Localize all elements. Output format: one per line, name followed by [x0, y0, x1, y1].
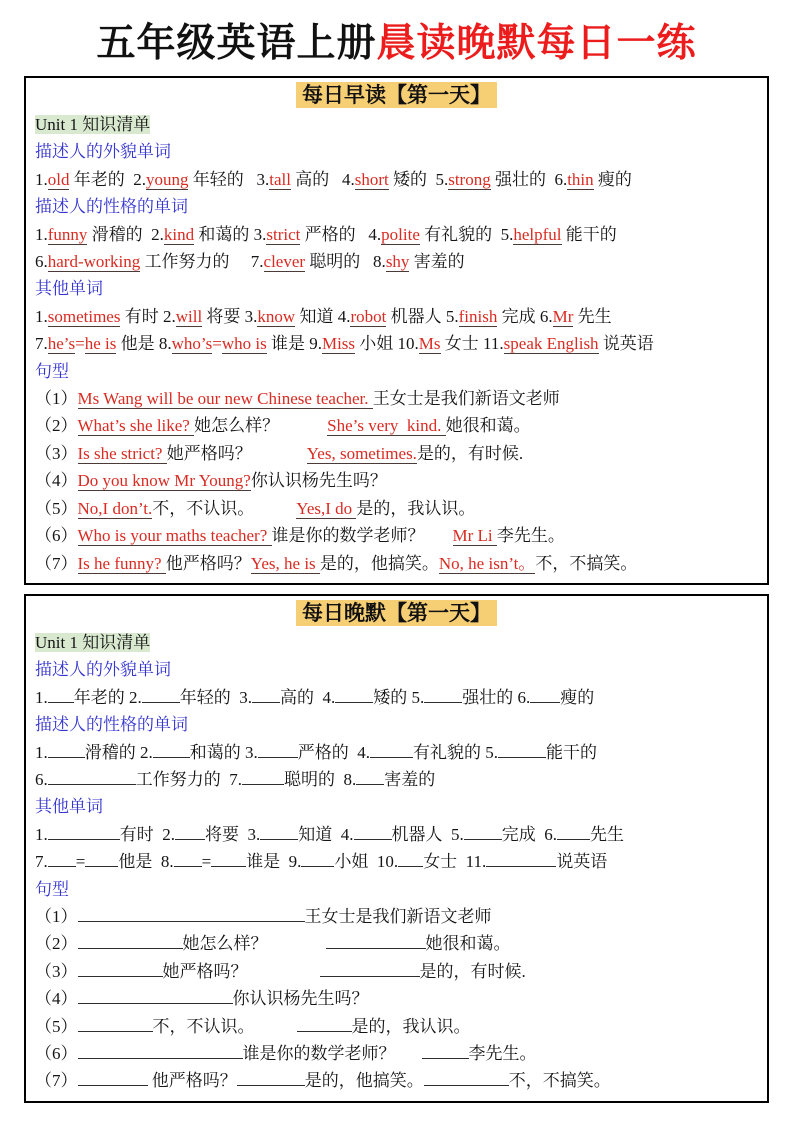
- text-segment: 她很和蔼。: [426, 934, 511, 953]
- answer-blank: [297, 1016, 352, 1032]
- answer-blank: [498, 742, 546, 758]
- text-segment: Is she strict?: [78, 444, 167, 464]
- text-segment: 先生: [590, 825, 624, 844]
- content-line: 1.old 年老的 2.young 年轻的 3.tall 高的 4.short …: [35, 166, 758, 193]
- text-segment: know: [257, 307, 295, 327]
- text-segment: 年老的 2.: [74, 688, 142, 707]
- answer-blank: [326, 933, 426, 949]
- content-line: Unit 1 知识清单: [35, 111, 758, 138]
- content-line: 1.sometimes 有时 2.will 将要 3.know 知道 4.rob…: [35, 303, 758, 330]
- content-line: Unit 1 知识清单: [35, 629, 758, 656]
- spacer: [254, 513, 296, 514]
- text-segment: Yes, sometimes.: [307, 444, 417, 464]
- text-segment: 完成 6.: [497, 307, 552, 326]
- answer-blank: [211, 851, 246, 867]
- answer-blank: [85, 851, 118, 867]
- text-segment: 其他单词: [35, 797, 103, 816]
- content-line: 1.滑稽的 2.和蔼的 3.严格的 4.有礼貌的 5.能干的: [35, 739, 758, 766]
- text-segment: 女士 11.: [441, 334, 504, 353]
- text-segment: thin: [567, 170, 593, 190]
- answer-blank: [48, 824, 120, 840]
- content-line: 描述人的外貌单词: [35, 656, 758, 683]
- text-segment: 句型: [35, 362, 69, 381]
- morning-reading-box: 每日早读【第一天】 Unit 1 知识清单描述人的外貌单词1.old 年老的 2…: [24, 76, 769, 585]
- text-segment: 完成 6.: [502, 825, 557, 844]
- answer-blank: [142, 687, 180, 703]
- text-segment: 有时 2.: [120, 825, 175, 844]
- text-segment: 她很和蔼。: [446, 416, 531, 435]
- morning-box-header-text: 每日早读【第一天】: [296, 82, 497, 108]
- spacer: [252, 458, 307, 459]
- text-segment: Ms Wang will be our new Chinese teacher.: [78, 389, 373, 409]
- content-line: 描述人的外貌单词: [35, 138, 758, 165]
- text-segment: Yes,I do: [296, 499, 356, 519]
- text-segment: 机器人 5.: [392, 825, 464, 844]
- text-segment: Ms: [419, 334, 441, 354]
- text-segment: No,I don’t.: [78, 499, 153, 519]
- text-segment: 矮的 5.: [373, 688, 424, 707]
- answer-blank: [78, 906, 305, 922]
- text-segment: short: [355, 170, 389, 190]
- answer-blank: [153, 742, 190, 758]
- text-segment: 描述人的性格的单词: [35, 197, 188, 216]
- text-segment: Mr Li: [453, 526, 497, 546]
- text-segment: 她严格吗？: [163, 962, 248, 981]
- text-segment: young: [146, 170, 189, 190]
- content-line: 句型: [35, 876, 758, 903]
- text-segment: 滑稽的 2.: [87, 225, 164, 244]
- content-line: （6）Who is your maths teacher? 谁是你的数学老师？M…: [35, 522, 758, 549]
- page-title: 五年级英语上册晨读晚默每日一练: [0, 12, 793, 68]
- text-segment: 1.: [35, 688, 48, 707]
- text-segment: 是的，有时候.: [417, 444, 523, 463]
- text-segment: 女士 11.: [423, 852, 486, 871]
- text-segment: 7.: [35, 334, 48, 353]
- content-line: （6）谁是你的数学老师？李先生。: [35, 1040, 758, 1067]
- text-segment: 说英语: [556, 852, 607, 871]
- text-segment: 是的，我认识。: [356, 499, 475, 518]
- text-segment: 工作努力的 7.: [140, 252, 263, 271]
- answer-blank: [486, 851, 556, 867]
- text-segment: 王女士是我们新语文老师: [305, 907, 492, 926]
- text-segment: shy: [386, 252, 410, 272]
- content-line: 其他单词: [35, 275, 758, 302]
- text-segment: 瘦的: [594, 170, 632, 189]
- answer-blank: [78, 1070, 148, 1086]
- text-segment: 描述人的性格的单词: [35, 715, 188, 734]
- text-segment: 1.: [35, 225, 48, 244]
- text-segment: 不，不搞笑。: [535, 554, 637, 573]
- text-segment: 7.: [35, 852, 48, 871]
- text-segment: 害羞的: [384, 770, 435, 789]
- text-segment: funny: [48, 225, 88, 245]
- text-segment: 能干的: [562, 225, 617, 244]
- text-segment: （3）: [35, 444, 78, 463]
- text-segment: （4）: [35, 989, 78, 1008]
- text-segment: 你认识杨先生吗？: [233, 989, 369, 1008]
- answer-blank: [78, 1043, 243, 1059]
- content-line: 其他单词: [35, 793, 758, 820]
- spacer: [396, 1058, 422, 1059]
- text-segment: 聪明的 8.: [284, 770, 356, 789]
- answer-blank: [301, 851, 334, 867]
- text-segment: 年轻的 3.: [188, 170, 269, 189]
- text-segment: 不，不认识。: [152, 499, 254, 518]
- text-segment: （1）: [35, 907, 78, 926]
- answer-blank: [48, 742, 85, 758]
- answer-blank: [424, 1070, 509, 1086]
- text-segment: 是的，我认识。: [352, 1017, 471, 1036]
- morning-content-lines: Unit 1 知识清单描述人的外貌单词1.old 年老的 2.young 年轻的…: [35, 111, 758, 577]
- text-segment: old: [48, 170, 70, 190]
- text-segment: （6）: [35, 1044, 78, 1063]
- text-segment: 是的，他搞笑。: [320, 554, 439, 573]
- text-segment: （5）: [35, 1017, 78, 1036]
- text-segment: 谁是你的数学老师？: [243, 1044, 396, 1063]
- text-segment: helpful: [513, 225, 561, 245]
- text-segment: he is: [85, 334, 117, 354]
- text-segment: 谁是 9.: [246, 852, 301, 871]
- text-segment: 他严格吗？: [166, 554, 251, 573]
- text-segment: 她怎么样？: [183, 934, 268, 953]
- answer-blank: [175, 824, 205, 840]
- text-segment: （1）: [35, 389, 78, 408]
- text-segment: （3）: [35, 962, 78, 981]
- text-segment: 1.: [35, 307, 48, 326]
- text-segment: 有礼貌的 5.: [413, 743, 498, 762]
- content-line: 7.he’s=he is 他是 8.who’s=who is 谁是 9.Miss…: [35, 330, 758, 357]
- text-segment: speak English: [504, 334, 599, 354]
- text-segment: 和蔼的 3.: [194, 225, 266, 244]
- text-segment: =: [76, 852, 86, 871]
- text-segment: 矮的 5.: [389, 170, 449, 189]
- content-line: （1）Ms Wang will be our new Chinese teach…: [35, 385, 758, 412]
- content-line: （7）Is he funny? 他严格吗？Yes, he is 是的，他搞笑。N…: [35, 550, 758, 577]
- text-segment: =: [212, 334, 222, 353]
- page-title-black: 五年级英语上册: [96, 22, 376, 65]
- text-segment: 6.: [35, 770, 48, 789]
- text-segment: who’s: [172, 334, 213, 354]
- text-segment: 你认识杨先生吗？: [251, 471, 387, 490]
- text-segment: 谁是 9.: [267, 334, 322, 353]
- text-segment: 是的，他搞笑。: [305, 1071, 424, 1090]
- answer-blank: [48, 851, 76, 867]
- text-segment: 谁是你的数学老师？: [272, 526, 425, 545]
- text-segment: 知道 4.: [298, 825, 353, 844]
- text-segment: 严格的 4.: [300, 225, 381, 244]
- text-segment: 工作努力的 7.: [136, 770, 242, 789]
- text-segment: 说英语: [599, 334, 654, 353]
- spacer: [279, 430, 327, 431]
- text-segment: 先生: [573, 307, 611, 326]
- text-segment: robot: [350, 307, 386, 327]
- answer-blank: [424, 687, 462, 703]
- text-segment: clever: [264, 252, 306, 272]
- text-segment: 将要 3.: [205, 825, 260, 844]
- text-segment: 不，不搞笑。: [509, 1071, 611, 1090]
- text-segment: 机器人 5.: [386, 307, 458, 326]
- content-line: 1.有时 2.将要 3.知道 4.机器人 5.完成 6.先生: [35, 821, 758, 848]
- answer-blank: [237, 1070, 305, 1086]
- content-line: 1.funny 滑稽的 2.kind 和蔼的 3.strict 严格的 4.po…: [35, 221, 758, 248]
- text-segment: 李先生。: [497, 526, 565, 545]
- text-segment: 不，不认识。: [153, 1017, 255, 1036]
- text-segment: （2）: [35, 934, 78, 953]
- text-segment: 1.: [35, 743, 48, 762]
- text-segment: 小姐 10.: [334, 852, 398, 871]
- text-segment: （2）: [35, 416, 78, 435]
- content-line: 6.工作努力的 7.聪明的 8.害羞的: [35, 766, 758, 793]
- spacer: [268, 948, 326, 949]
- text-segment: =: [202, 852, 212, 871]
- text-segment: 有时 2.: [120, 307, 175, 326]
- answer-blank: [242, 769, 284, 785]
- text-segment: 能干的: [546, 743, 597, 762]
- answer-blank: [78, 933, 183, 949]
- content-line: （1）王女士是我们新语文老师: [35, 903, 758, 930]
- answer-blank: [422, 1043, 469, 1059]
- text-segment: will: [176, 307, 202, 327]
- text-segment: Who is your maths teacher?: [78, 526, 272, 546]
- text-segment: 聪明的 8.: [305, 252, 386, 271]
- answer-blank: [356, 769, 384, 785]
- content-line: （4）Do you know Mr Young?你认识杨先生吗？: [35, 467, 758, 494]
- answer-blank: [320, 961, 420, 977]
- text-segment: （6）: [35, 526, 78, 545]
- spacer: [255, 1031, 297, 1032]
- text-segment: sometimes: [48, 307, 121, 327]
- answer-blank: [335, 687, 373, 703]
- text-segment: 高的 4.: [291, 170, 355, 189]
- text-segment: 严格的 4.: [298, 743, 370, 762]
- text-segment: 1.: [35, 825, 48, 844]
- text-segment: 王女士是我们新语文老师: [373, 389, 560, 408]
- answer-blank: [48, 687, 74, 703]
- text-segment: Is he funny?: [78, 554, 166, 574]
- content-line: （3）她严格吗？是的，有时候.: [35, 958, 758, 985]
- morning-box-header: 每日早读【第一天】: [35, 81, 758, 110]
- evening-box-header-text: 每日晚默【第一天】: [296, 600, 497, 626]
- text-segment: hard-working: [48, 252, 141, 272]
- text-segment: She’s very kind.: [327, 416, 446, 436]
- content-line: （4）你认识杨先生吗？: [35, 985, 758, 1012]
- text-segment: 强壮的 6.: [462, 688, 530, 707]
- text-segment: he’s: [48, 334, 75, 354]
- answer-blank: [464, 824, 502, 840]
- text-segment: （4）: [35, 471, 78, 490]
- text-segment: 年轻的 3.: [180, 688, 252, 707]
- text-segment: Yes, he is: [251, 554, 320, 574]
- text-segment: 其他单词: [35, 279, 103, 298]
- text-segment: 他严格吗？: [148, 1071, 237, 1090]
- answer-blank: [260, 824, 298, 840]
- text-segment: who is: [222, 334, 267, 354]
- text-segment: polite: [381, 225, 420, 245]
- text-segment: 句型: [35, 880, 69, 899]
- content-line: 描述人的性格的单词: [35, 193, 758, 220]
- evening-box-header: 每日晚默【第一天】: [35, 599, 758, 628]
- text-segment: 她严格吗？: [167, 444, 252, 463]
- answer-blank: [398, 851, 423, 867]
- text-segment: 害羞的: [409, 252, 464, 271]
- content-line: （3）Is she strict? 她严格吗？Yes, sometimes.是的…: [35, 440, 758, 467]
- answer-blank: [174, 851, 202, 867]
- spacer: [425, 540, 453, 541]
- answer-blank: [530, 687, 560, 703]
- text-segment: kind: [164, 225, 194, 245]
- text-segment: 小姐 10.: [355, 334, 419, 353]
- spacer: [248, 976, 320, 977]
- text-segment: 他是 8.: [118, 852, 173, 871]
- text-segment: finish: [459, 307, 498, 327]
- text-segment: 描述人的外貌单词: [35, 660, 171, 679]
- text-segment: （7）: [35, 1071, 78, 1090]
- text-segment: Unit 1 知识清单: [35, 115, 150, 134]
- content-line: 7.=他是 8.=谁是 9.小姐 10.女士 11.说英语: [35, 848, 758, 875]
- text-segment: 强壮的 6.: [491, 170, 568, 189]
- text-segment: strong: [448, 170, 491, 190]
- content-line: 句型: [35, 358, 758, 385]
- text-segment: 滑稽的 2.: [85, 743, 153, 762]
- content-line: 描述人的性格的单词: [35, 711, 758, 738]
- text-segment: 她怎么样？: [194, 416, 279, 435]
- answer-blank: [78, 988, 233, 1004]
- text-segment: 和蔼的 3.: [190, 743, 258, 762]
- text-segment: 年老的 2.: [69, 170, 146, 189]
- text-segment: 知道 4.: [295, 307, 350, 326]
- content-line: （2）What’s she like? 她怎么样？She’s very kind…: [35, 412, 758, 439]
- answer-blank: [258, 742, 298, 758]
- text-segment: 有礼貌的 5.: [420, 225, 514, 244]
- content-line: 1.年老的 2.年轻的 3.高的 4.矮的 5.强壮的 6.瘦的: [35, 684, 758, 711]
- content-line: 6.hard-working 工作努力的 7.clever 聪明的 8.shy …: [35, 248, 758, 275]
- text-segment: （5）: [35, 499, 78, 518]
- text-segment: 1.: [35, 170, 48, 189]
- answer-blank: [370, 742, 413, 758]
- content-line: （5）No,I don’t.不，不认识。Yes,I do 是的，我认识。: [35, 495, 758, 522]
- text-segment: tall: [269, 170, 291, 190]
- text-segment: 瘦的: [560, 688, 594, 707]
- answer-blank: [354, 824, 392, 840]
- content-line: （2）她怎么样？她很和蔼。: [35, 930, 758, 957]
- evening-content-lines: Unit 1 知识清单描述人的外貌单词1.年老的 2.年轻的 3.高的 4.矮的…: [35, 629, 758, 1095]
- page-title-red: 晨读晚默每日一练: [377, 22, 697, 65]
- text-segment: strict: [266, 225, 300, 245]
- text-segment: Do you know Mr Young?: [78, 471, 251, 491]
- text-segment: 李先生。: [469, 1044, 537, 1063]
- text-segment: Mr: [553, 307, 574, 327]
- text-segment: 高的 4.: [280, 688, 335, 707]
- text-segment: Miss: [322, 334, 355, 354]
- text-segment: Unit 1 知识清单: [35, 633, 150, 652]
- answer-blank: [557, 824, 590, 840]
- text-segment: （7）: [35, 554, 78, 573]
- text-segment: 是的，有时候.: [420, 962, 526, 981]
- text-segment: 描述人的外貌单词: [35, 142, 171, 161]
- text-segment: No, he isn’t。: [439, 554, 536, 574]
- text-segment: 6.: [35, 252, 48, 271]
- text-segment: What’s she like?: [78, 416, 195, 436]
- answer-blank: [48, 769, 136, 785]
- content-line: （5）不，不认识。是的，我认识。: [35, 1013, 758, 1040]
- content-line: （7） 他严格吗？是的，他搞笑。不，不搞笑。: [35, 1067, 758, 1094]
- text-segment: =: [75, 334, 85, 353]
- evening-dictation-box: 每日晚默【第一天】 Unit 1 知识清单描述人的外貌单词1.年老的 2.年轻的…: [24, 594, 769, 1103]
- text-segment: 他是 8.: [116, 334, 171, 353]
- text-segment: 将要 3.: [202, 307, 257, 326]
- answer-blank: [78, 961, 163, 977]
- answer-blank: [78, 1016, 153, 1032]
- answer-blank: [252, 687, 280, 703]
